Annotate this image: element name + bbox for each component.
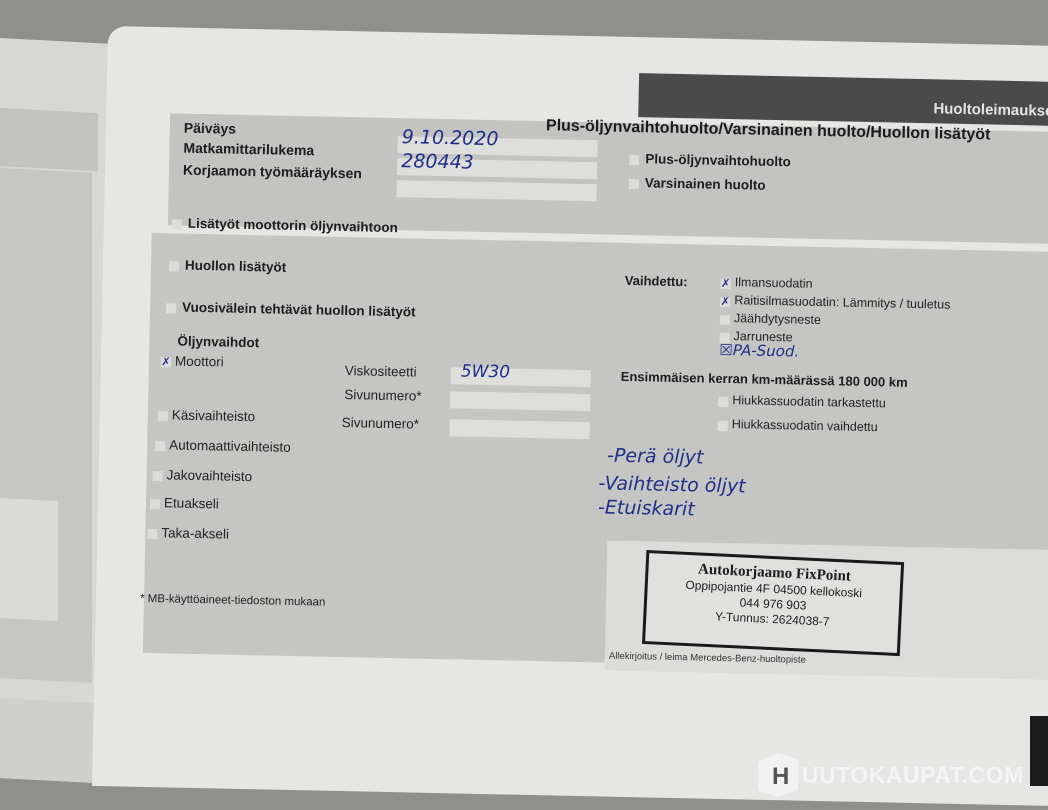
section-title: Huoltoleimaukset bbox=[933, 100, 1048, 120]
handwritten-note-1: -Perä öljyt bbox=[607, 445, 704, 469]
checkbox-main-service[interactable] bbox=[629, 179, 639, 189]
date-label: Päiväys bbox=[184, 120, 236, 137]
page-number-field-1[interactable] bbox=[450, 391, 590, 411]
viscosity-value: 5W30 bbox=[461, 361, 511, 382]
checkbox-particle-filter-replaced[interactable] bbox=[718, 421, 728, 431]
checkbox-manual-gearbox[interactable] bbox=[158, 411, 168, 421]
viscosity-label: Viskositeetti bbox=[345, 363, 417, 380]
watermark-text: UUTOKAUPAT.COM bbox=[802, 762, 1024, 789]
handwritten-note-2: -Vaihteisto öljyt bbox=[598, 472, 746, 497]
front-axle-label: Etuakseli bbox=[164, 495, 219, 511]
watermark: H UUTOKAUPAT.COM bbox=[754, 752, 1024, 798]
left-page-band bbox=[0, 108, 98, 171]
odometer-label: Matkamittarilukema bbox=[183, 140, 314, 159]
plus-oil-service-label: Plus-öljynvaihtohuolto bbox=[645, 151, 791, 169]
checkbox-cabin-filter[interactable]: ✗ bbox=[720, 297, 730, 307]
service-record-page: Huoltoleimaukset Plus-öljynvaihtohuolto/… bbox=[92, 26, 1048, 806]
checkbox-automatic-gearbox[interactable] bbox=[155, 441, 165, 451]
transfer-case-label: Jakovaihteisto bbox=[166, 467, 252, 484]
checkbox-front-axle[interactable] bbox=[150, 499, 160, 509]
checkbox-engine[interactable]: ✗ bbox=[161, 357, 171, 367]
automatic-gearbox-label: Automaattivaihteisto bbox=[169, 437, 291, 455]
engine-oil-extra-label: Lisätyöt moottorin öljynvaihtoon bbox=[188, 216, 398, 235]
checkbox-rear-axle[interactable] bbox=[147, 529, 157, 539]
handwritten-note-3: -Etuiskarit bbox=[598, 496, 695, 520]
left-page-box bbox=[0, 498, 58, 621]
service-extra-label: Huollon lisätyöt bbox=[185, 258, 287, 275]
page-number-field-2[interactable] bbox=[449, 419, 589, 439]
workshop-stamp: Autokorjaamo FixPoint Oppipojantie 4F 04… bbox=[642, 550, 904, 656]
manual-gearbox-label: Käsivaihteisto bbox=[172, 407, 256, 424]
checkbox-air-filter[interactable]: ✗ bbox=[721, 279, 731, 289]
checkbox-particle-filter-checked[interactable] bbox=[718, 397, 728, 407]
rear-axle-label: Taka-akseli bbox=[161, 525, 229, 541]
checkbox-service-extra[interactable] bbox=[169, 261, 179, 271]
air-filter-label: Ilmansuodatin bbox=[735, 275, 813, 291]
page-number-label-2: Sivunumero* bbox=[342, 415, 420, 432]
checkbox-engine-oil-extra[interactable] bbox=[172, 219, 182, 229]
checkbox-coolant[interactable] bbox=[720, 315, 730, 325]
cube-logo-icon: H bbox=[754, 753, 798, 797]
oil-changes-heading: Öljynvaihdot bbox=[177, 334, 259, 351]
main-service-label: Varsinainen huolto bbox=[645, 175, 766, 193]
viscosity-field[interactable]: 5W30 bbox=[451, 367, 591, 387]
checkbox-annual-extra[interactable] bbox=[166, 303, 176, 313]
page-corner-tab bbox=[1030, 716, 1048, 786]
coolant-label: Jäähdytysneste bbox=[734, 311, 821, 327]
engine-label: Moottori bbox=[175, 353, 224, 369]
handwritten-pa-filter: ☒PA-Suod. bbox=[719, 341, 799, 361]
page-number-label-1: Sivunumero* bbox=[344, 387, 422, 404]
checkbox-plus-oil-service[interactable] bbox=[629, 155, 639, 165]
date-value: 9.10.2020 bbox=[402, 126, 499, 150]
checkbox-transfer-case[interactable] bbox=[152, 471, 162, 481]
replaced-label: Vaihdettu: bbox=[625, 273, 688, 289]
section-header: Huoltoleimaukset bbox=[638, 73, 1048, 126]
logo-letter: H bbox=[772, 763, 789, 791]
odometer-value: 280443 bbox=[401, 150, 474, 174]
